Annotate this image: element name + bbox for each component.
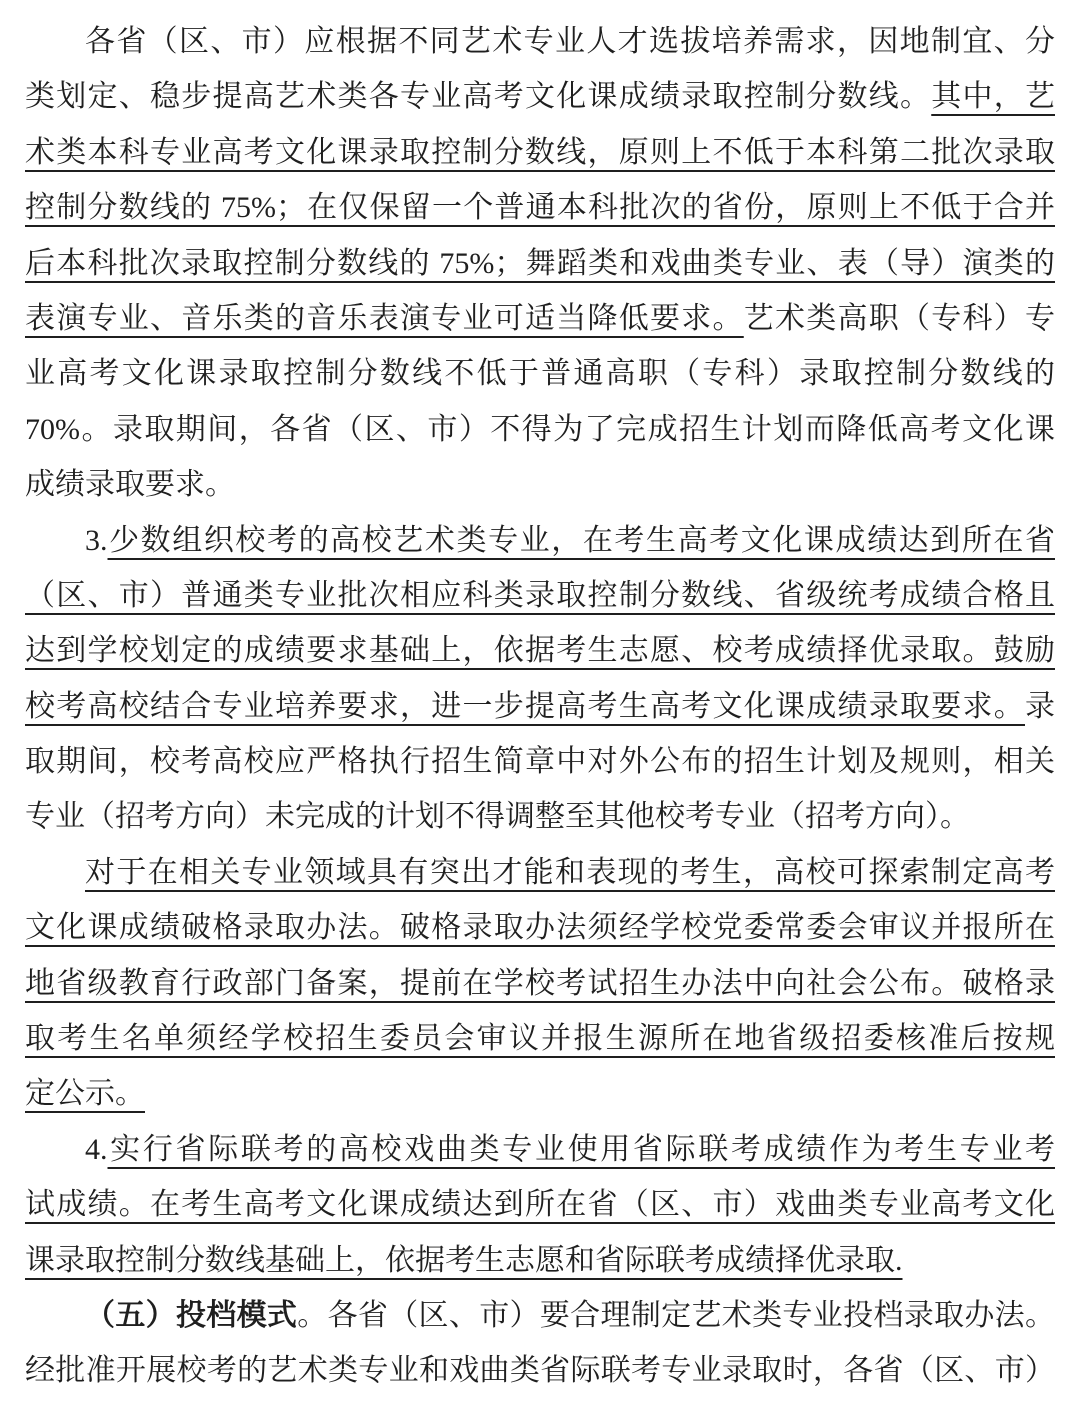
text-run: 类划定、稳步提高艺术类各专业高考文化课成绩录取控制分数线。 [25,80,931,113]
text-line-10: 3.少数组织校考的高校艺术类专业，在考生高考文化课成绩达到所在省 [25,513,1055,568]
underlined-text-run: 取考生名单须经学校招生委员会审议并报生源所在地省级招委核准后按规 [25,1022,1055,1055]
underlined-text-run: 校考高校结合专业培养要求，进一步提高考生高考文化课成绩录取要求。 [25,690,1025,723]
text-line-3: 术类本科专业高考文化课录取控制分数线，原则上不低于本科第二批次录取 [25,125,1055,180]
document-body: 各省（区、市）应根据不同艺术专业人才选拔培养需求，因地制宜、分类划定、稳步提高艺… [25,14,1055,1399]
text-run: 70%。录取期间，各省（区、市）不得为了完成招生计划而降低高考文化课 [25,413,1055,446]
text-run: 录 [1025,690,1055,723]
text-line-24: （五）投档模式。各省（区、市）要合理制定艺术类专业投档录取办法。 [25,1288,1055,1343]
underlined-text-run: 试成绩。在考生高考文化课成绩达到所在省（区、市）戏曲类专业高考文化 [25,1188,1055,1221]
underlined-text-run: 文化课成绩破格录取办法。破格录取办法须经学校党委常委会审议并报所在 [25,911,1055,944]
text-line-20: 定公示。 [25,1066,1055,1121]
text-run: 取期间，校考高校应严格执行招生简章中对外公布的招生计划及规则，相关 [25,745,1055,778]
text-line-19: 取考生名单须经学校招生委员会审议并报生源所在地省级招委核准后按规 [25,1011,1055,1066]
underlined-text-run: 术类本科专业高考文化课录取控制分数线，原则上不低于本科第二批次录取 [25,136,1055,169]
text-line-11: （区、市）普通类专业批次相应科类录取控制分数线、省级统考成绩合格且 [25,568,1055,623]
text-run: 各省（区、市）应根据不同艺术专业人才选拔培养需求，因地制宜、分 [85,25,1055,58]
text-run: 成绩录取要求。 [25,468,235,501]
text-line-17: 文化课成绩破格录取办法。破格录取办法须经学校党委常委会审议并报所在 [25,900,1055,955]
underlined-text-run: 达到学校划定的成绩要求基础上，依据考生志愿、校考成绩择优录取。鼓励 [25,634,1055,667]
underlined-text-run: 定公示。 [25,1077,145,1110]
text-line-18: 地省级教育行政部门备案，提前在学校考试招生办法中向社会公布。破格录 [25,956,1055,1011]
text-line-2: 类划定、稳步提高艺术类各专业高考文化课成绩录取控制分数线。其中，艺 [25,69,1055,124]
text-line-14: 取期间，校考高校应严格执行招生简章中对外公布的招生计划及规则，相关 [25,734,1055,789]
text-line-4: 控制分数线的 75%；在仅保留一个普通本科批次的省份，原则上不低于合并 [25,180,1055,235]
underlined-text-run: 少数组织校考的高校艺术类专业，在考生高考文化课成绩达到所在省 [108,524,1056,557]
text-line-23: 课录取控制分数线基础上，依据考生志愿和省际联考成绩择优录取. [25,1233,1055,1288]
text-line-8: 70%。录取期间，各省（区、市）不得为了完成招生计划而降低高考文化课 [25,402,1055,457]
text-line-25: 经批准开展校考的艺术类专业和戏曲类省际联考专业录取时，各省（区、市） [25,1343,1055,1398]
text-run: 4. [85,1133,108,1166]
text-line-16: 对于在相关专业领域具有突出才能和表现的考生，高校可探索制定高考 [25,845,1055,900]
text-line-15: 专业（招考方向）未完成的计划不得调整至其他校考专业（招考方向）。 [25,789,1055,844]
text-line-22: 试成绩。在考生高考文化课成绩达到所在省（区、市）戏曲类专业高考文化 [25,1177,1055,1232]
text-run: 艺术类高职（专科）专 [744,302,1055,335]
underlined-text-run: 后本科批次录取控制分数线的 75%；舞蹈类和戏曲类专业、表（导）演类的 [25,247,1055,280]
text-run: 。各省（区、市）要合理制定艺术类专业投档录取办法。 [297,1299,1055,1332]
underlined-text-run: 表演专业、音乐类的音乐表演专业可适当降低要求。 [25,302,744,335]
text-line-6: 表演专业、音乐类的音乐表演专业可适当降低要求。艺术类高职（专科）专 [25,291,1055,346]
text-line-13: 校考高校结合专业培养要求，进一步提高考生高考文化课成绩录取要求。录 [25,679,1055,734]
underlined-text-run: 实行省际联考的高校戏曲类专业使用省际联考成绩作为考生专业考 [108,1133,1056,1166]
text-line-9: 成绩录取要求。 [25,457,1055,512]
text-run: 专业（招考方向）未完成的计划不得调整至其他校考专业（招考方向）。 [25,800,970,833]
text-run: 业高考文化课录取控制分数线不低于普通高职（专科）录取控制分数线的 [25,357,1055,390]
text-line-5: 后本科批次录取控制分数线的 75%；舞蹈类和戏曲类专业、表（导）演类的 [25,236,1055,291]
underlined-text-run: （区、市）普通类专业批次相应科类录取控制分数线、省级统考成绩合格且 [25,579,1055,612]
underlined-text-run: 地省级教育行政部门备案，提前在学校考试招生办法中向社会公布。破格录 [25,967,1055,1000]
text-line-7: 业高考文化课录取控制分数线不低于普通高职（专科）录取控制分数线的 [25,346,1055,401]
underlined-text-run: 对于在相关专业领域具有突出才能和表现的考生，高校可探索制定高考 [85,856,1055,889]
underlined-text-run: 其中，艺 [931,80,1055,113]
document-page: 各省（区、市）应根据不同艺术专业人才选拔培养需求，因地制宜、分类划定、稳步提高艺… [0,0,1080,1403]
section-heading-run: （五）投档模式 [85,1299,297,1332]
text-run: 经批准开展校考的艺术类专业和戏曲类省际联考专业录取时，各省（区、市） [25,1354,1055,1387]
underlined-text-run: 控制分数线的 75%；在仅保留一个普通本科批次的省份，原则上不低于合并 [25,191,1055,224]
underlined-text-run: 课录取控制分数线基础上，依据考生志愿和省际联考成绩择优录取. [25,1244,903,1277]
text-line-1: 各省（区、市）应根据不同艺术专业人才选拔培养需求，因地制宜、分 [25,14,1055,69]
text-line-21: 4.实行省际联考的高校戏曲类专业使用省际联考成绩作为考生专业考 [25,1122,1055,1177]
text-line-12: 达到学校划定的成绩要求基础上，依据考生志愿、校考成绩择优录取。鼓励 [25,623,1055,678]
text-run: 3. [85,524,108,557]
